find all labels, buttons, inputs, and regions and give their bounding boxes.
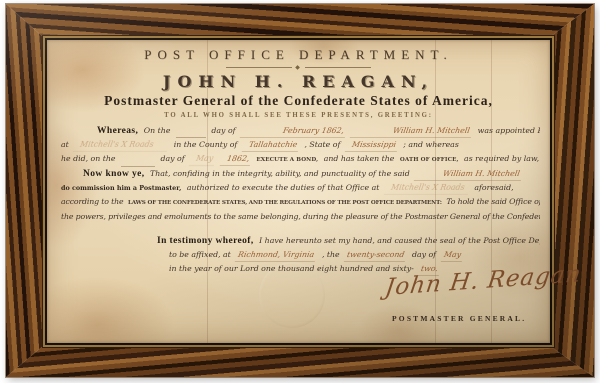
handwritten-place: Richmond, Virginia bbox=[235, 248, 318, 262]
handwritten-date: February 1862, bbox=[240, 124, 347, 138]
postmaster-name: JOHN H. REAGAN, bbox=[57, 72, 540, 91]
handwritten-year: 1862, bbox=[219, 152, 252, 166]
printed-text: was appointed Postmaster bbox=[478, 126, 540, 135]
handwritten-office-faded: Mitchell's X Roads bbox=[73, 138, 169, 152]
do-commission-text: do commission him a Postmaster, bbox=[61, 184, 181, 192]
ornament-rule bbox=[226, 67, 292, 68]
printed-text: he did, on the bbox=[61, 154, 116, 163]
printed-text: , the bbox=[322, 250, 340, 259]
in-testimony-label: In testimony whereof, bbox=[157, 236, 254, 246]
ornament-rule bbox=[305, 67, 371, 68]
laws-small-caps: LAWS OF THE CONFEDERATE STATES, AND THE … bbox=[128, 200, 442, 206]
printed-text: at bbox=[61, 140, 69, 149]
small-caps-text: EXECUTE A BOND, bbox=[256, 157, 318, 163]
handwritten-county: Tallahatchie bbox=[242, 138, 301, 152]
photo-background: POST OFFICE DEPARTMENT. ◆ JOHN H. REAGAN… bbox=[0, 0, 600, 383]
printed-text: I have hereunto set my hand, and caused … bbox=[259, 236, 540, 245]
handwritten-office-faded: Mitchell's X Roads bbox=[384, 181, 470, 195]
printed-text: day of bbox=[211, 126, 235, 135]
commission-line-2: do commission him a Postmaster, authoriz… bbox=[57, 181, 540, 195]
testimony-line-1: In testimony whereof, I have hereunto se… bbox=[157, 234, 540, 248]
commission-line-4: the powers, privileges and emoluments to… bbox=[57, 210, 540, 223]
printed-text: according to the bbox=[61, 197, 123, 206]
whereas-line-2: at Mitchell's X Roads in the County of T… bbox=[57, 138, 540, 152]
printed-text: authorized to execute the duties of that… bbox=[187, 183, 380, 192]
department-title: POST OFFICE DEPARTMENT. bbox=[57, 47, 540, 63]
picture-frame: POST OFFICE DEPARTMENT. ◆ JOHN H. REAGAN… bbox=[6, 4, 594, 377]
commission-line-1: Now know ye, That, confiding in the inte… bbox=[57, 167, 540, 181]
whereas-label: Whereas, bbox=[97, 126, 138, 136]
handwritten-appointee: William H. Mitchell bbox=[350, 124, 473, 138]
certificate-content: POST OFFICE DEPARTMENT. ◆ JOHN H. REAGAN… bbox=[47, 40, 550, 343]
printed-text: aforesaid, bbox=[474, 183, 513, 192]
printed-text: the powers, privileges and emoluments to… bbox=[61, 212, 540, 221]
postmaster-general-caption: POSTMASTER GENERAL. bbox=[392, 314, 526, 323]
whereas-line-3: he did, on the day of May 1862, EXECUTE … bbox=[57, 152, 540, 167]
printed-text: to be affixed, at bbox=[169, 250, 231, 259]
blank-day bbox=[176, 129, 206, 138]
ornament-diamond-icon: ◆ bbox=[295, 64, 302, 71]
handwritten-month-faded: May bbox=[189, 152, 217, 166]
small-caps-text: OATH OF OFFICE, bbox=[400, 157, 459, 163]
commission-line-3: according to the LAWS OF THE CONFEDERATE… bbox=[57, 195, 540, 210]
handwritten-state: Mississippi bbox=[345, 138, 399, 152]
printed-text: day of bbox=[160, 154, 184, 163]
office-line: Postmaster General of the Confederate St… bbox=[57, 93, 540, 109]
salutation: TO ALL WHO SHALL SEE THESE PRESENTS, GRE… bbox=[57, 112, 540, 119]
certificate-body: Whereas, On the day of February 1862, Wi… bbox=[57, 124, 540, 276]
now-know-ye-label: Now know ye, bbox=[83, 169, 145, 179]
certificate-paper: POST OFFICE DEPARTMENT. ◆ JOHN H. REAGAN… bbox=[47, 40, 550, 343]
whereas-line-1: Whereas, On the day of February 1862, Wi… bbox=[57, 124, 540, 138]
printed-text: , State of bbox=[304, 140, 340, 149]
handwritten-name: William H. Mitchell bbox=[414, 167, 523, 181]
handwritten-month: May bbox=[440, 248, 464, 262]
printed-text: On the bbox=[144, 126, 171, 135]
printed-text: day of bbox=[412, 250, 436, 259]
printed-text: as required by law, bbox=[464, 154, 539, 163]
testimony-line-2: to be affixed, at Richmond, Virginia , t… bbox=[169, 248, 540, 262]
handwritten-day: twenty-second bbox=[344, 248, 408, 262]
printed-text: To hold the said Office of bbox=[446, 197, 540, 206]
blank-day bbox=[121, 158, 155, 167]
printed-text: ; and whereas bbox=[403, 140, 459, 149]
printed-text: That, confiding in the integrity, abilit… bbox=[150, 169, 410, 178]
printed-text: and has taken the bbox=[324, 154, 395, 163]
printed-text: in the County of bbox=[174, 140, 238, 149]
header-ornament: ◆ bbox=[57, 64, 540, 71]
printed-text: in the year of our Lord one thousand eig… bbox=[169, 264, 414, 273]
